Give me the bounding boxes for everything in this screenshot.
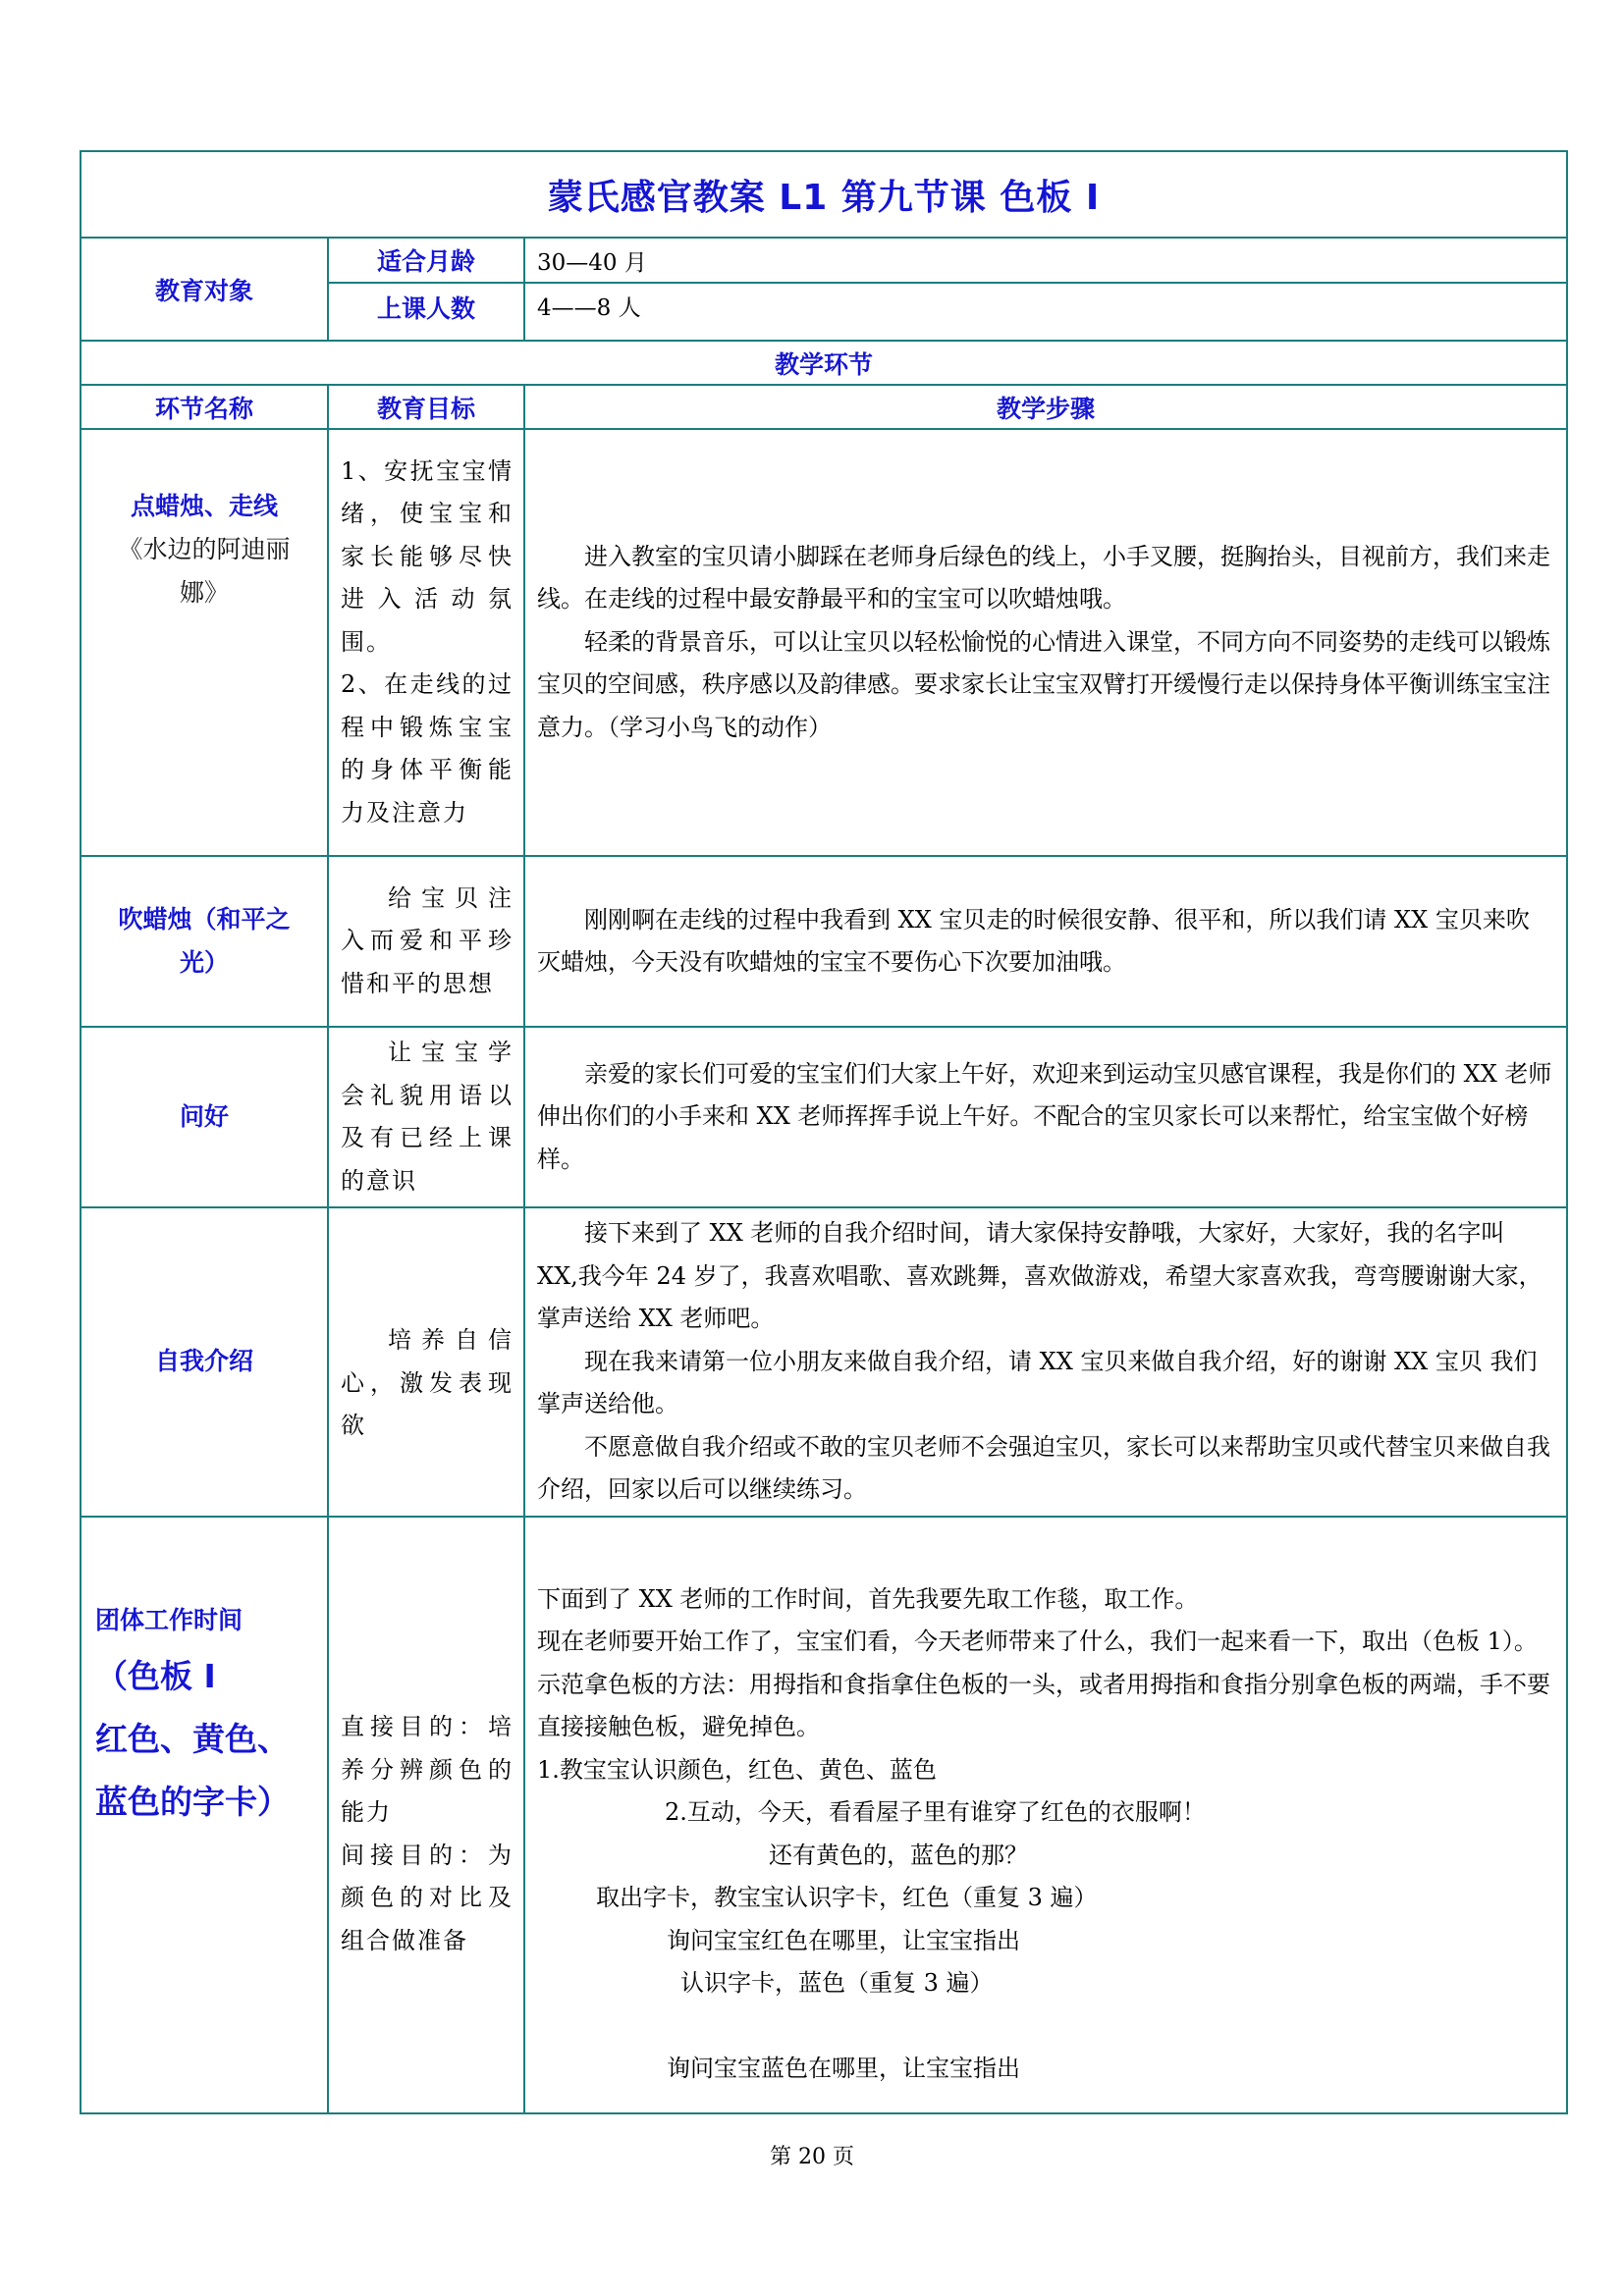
- step-paragraph: 现在我来请第一位小朋友来做自我介绍，请 XX 宝贝来做自我介绍，好的谢谢 XX …: [537, 1341, 1552, 1426]
- table-row: 点蜡烛、走线 《水边的阿迪丽娜》 1、安抚宝宝情绪，使宝宝和家长能够尽快进入活动…: [81, 429, 1567, 856]
- goal-text: 给宝贝注入而爱和平珍惜和平的思想: [341, 878, 514, 1006]
- age-label: 适合月龄: [328, 238, 524, 283]
- step-paragraph: 不愿意做自我介绍或不敢的宝贝老师不会强迫宝贝，家长可以来帮助宝贝或代替宝贝来做自…: [537, 1426, 1552, 1512]
- lesson-plan-table: 蒙氏感官教案 L1 第九节课 色板 I 教育对象 适合月龄 30—40 月 上课…: [80, 150, 1568, 2114]
- column-header-name: 环节名称: [81, 385, 328, 429]
- step-paragraph: 示范拿色板的方法：用拇指和食指拿住色板的一头，或者用拇指和食指分别拿色板的两端，…: [537, 1664, 1552, 1749]
- goal-cell: 1、安抚宝宝情绪，使宝宝和家长能够尽快进入活动氛围。 2、在走线的过程中锻炼宝宝…: [328, 429, 524, 856]
- step-paragraph: 下面到了 XX 老师的工作时间，首先我要先取工作毯，取工作。: [537, 1578, 1552, 1622]
- steps-cell: 接下来到了 XX 老师的自我介绍时间，请大家保持安静哦，大家好，大家好，我的名字…: [524, 1207, 1567, 1517]
- goal-text: 让宝宝学会礼貌用语以及有已经上课的意识: [341, 1032, 514, 1202]
- stage-material: 蓝色的字卡）: [95, 1771, 319, 1834]
- steps-cell: 亲爱的家长们可爱的宝宝们们大家上午好，欢迎来到运动宝贝感官课程，我是你们的 XX…: [524, 1027, 1567, 1207]
- step-paragraph: 现在老师要开始工作了，宝宝们看，今天老师带来了什么，我们一起来看一下，取出（色板…: [537, 1621, 1552, 1664]
- column-header-steps: 教学步骤: [524, 385, 1567, 429]
- stage-name: 问好: [180, 1102, 229, 1131]
- step-paragraph: 询问宝宝红色在哪里，让宝宝指出: [537, 1920, 1552, 1963]
- step-paragraph: 接下来到了 XX 老师的自我介绍时间，请大家保持安静哦，大家好，大家好，我的名字…: [537, 1212, 1552, 1341]
- steps-cell: 进入教室的宝贝请小脚踩在老师身后绿色的线上，小手叉腰，挺胸抬头，目视前方，我们来…: [524, 429, 1567, 856]
- stage-name-cell: 问好: [81, 1027, 328, 1207]
- stage-name-cell: 吹蜡烛（和平之光）: [81, 856, 328, 1027]
- stage-song-line: 娜》: [180, 578, 229, 607]
- document-page: 蒙氏感官教案 L1 第九节课 色板 I 教育对象 适合月龄 30—40 月 上课…: [0, 0, 1624, 2296]
- page-number: 第 20 页: [0, 2140, 1624, 2170]
- step-paragraph: 2.互动，今天，看看屋子里有谁穿了红色的衣服啊！: [537, 1791, 1552, 1835]
- goal-cell: 给宝贝注入而爱和平珍惜和平的思想: [328, 856, 524, 1027]
- steps-cell: 下面到了 XX 老师的工作时间，首先我要先取工作毯，取工作。 现在老师要开始工作…: [524, 1517, 1567, 2113]
- document-title: 蒙氏感官教案 L1 第九节课 色板 I: [81, 151, 1567, 238]
- stage-name: 吹蜡烛（和平之: [118, 905, 290, 934]
- step-paragraph: 轻柔的背景音乐，可以让宝贝以轻松愉悦的心情进入课堂，不同方向不同姿势的走线可以锻…: [537, 621, 1552, 750]
- title-row: 蒙氏感官教案 L1 第九节课 色板 I: [81, 151, 1567, 238]
- age-value: 30—40 月: [524, 238, 1567, 283]
- stage-name: 点蜡烛、走线: [89, 485, 319, 528]
- step-paragraph: 亲爱的家长们可爱的宝宝们们大家上午好，欢迎来到运动宝贝感官课程，我是你们的 XX…: [537, 1053, 1552, 1182]
- stage-name: 自我介绍: [155, 1347, 253, 1375]
- goal-cell: 让宝宝学会礼貌用语以及有已经上课的意识: [328, 1027, 524, 1207]
- goal-cell: 直接目的：培养分辨颜色的能力 间接目的：为颜色的对比及组合做准备: [328, 1517, 524, 2113]
- step-paragraph: 取出字卡，教宝宝认识字卡，红色（重复 3 遍）: [537, 1877, 1552, 1920]
- stage-material: 红色、黄色、: [95, 1708, 319, 1771]
- stage-name: 光）: [180, 948, 229, 977]
- steps-cell: 刚刚啊在走线的过程中我看到 XX 宝贝走的时候很安静、很平和，所以我们请 XX …: [524, 856, 1567, 1027]
- table-row: 问好 让宝宝学会礼貌用语以及有已经上课的意识 亲爱的家长们可爱的宝宝们们大家上午…: [81, 1027, 1567, 1207]
- target-row-age: 教育对象 适合月龄 30—40 月: [81, 238, 1567, 283]
- table-row: 团体工作时间 （色板 I 红色、黄色、 蓝色的字卡） 直接目的：培养分辨颜色的能…: [81, 1517, 1567, 2113]
- goal-text: 2、在走线的过程中锻炼宝宝的身体平衡能力及注意力: [341, 664, 514, 834]
- goal-text: 培养自信心，激发表现欲: [341, 1319, 514, 1448]
- column-header-row: 环节名称 教育目标 教学步骤: [81, 385, 1567, 429]
- stage-name: 团体工作时间: [95, 1596, 319, 1645]
- count-label: 上课人数: [328, 283, 524, 341]
- goal-text: 1、安抚宝宝情绪，使宝宝和家长能够尽快进入活动氛围。: [341, 451, 514, 665]
- step-paragraph: 认识字卡，蓝色（重复 3 遍）: [537, 1962, 1552, 2005]
- stage-name-cell: 点蜡烛、走线 《水边的阿迪丽娜》: [81, 429, 328, 856]
- step-paragraph: 1.教宝宝认识颜色，红色、黄色、蓝色: [537, 1749, 1552, 1792]
- section-title: 教学环节: [81, 341, 1567, 385]
- goal-text: 间接目的：为颜色的对比及组合做准备: [341, 1835, 514, 1963]
- count-value: 4——8 人: [524, 283, 1567, 341]
- step-paragraph: 刚刚啊在走线的过程中我看到 XX 宝贝走的时候很安静、很平和，所以我们请 XX …: [537, 899, 1552, 985]
- table-row: 吹蜡烛（和平之光） 给宝贝注入而爱和平珍惜和平的思想 刚刚啊在走线的过程中我看到…: [81, 856, 1567, 1027]
- stage-song: 《水边的阿迪丽娜》: [89, 528, 319, 614]
- step-spacer: [537, 2005, 1552, 2049]
- target-label: 教育对象: [81, 238, 328, 341]
- step-paragraph: 进入教室的宝贝请小脚踩在老师身后绿色的线上，小手叉腰，挺胸抬头，目视前方，我们来…: [537, 536, 1552, 621]
- step-paragraph: 还有黄色的，蓝色的那？: [537, 1835, 1552, 1878]
- goal-cell: 培养自信心，激发表现欲: [328, 1207, 524, 1517]
- stage-name-cell: 自我介绍: [81, 1207, 328, 1517]
- stage-song-line: 《水边的阿迪丽: [118, 535, 290, 563]
- goal-text: 直接目的：培养分辨颜色的能力: [341, 1706, 514, 1835]
- stage-name-cell: 团体工作时间 （色板 I 红色、黄色、 蓝色的字卡）: [81, 1517, 328, 2113]
- table-row: 自我介绍 培养自信心，激发表现欲 接下来到了 XX 老师的自我介绍时间，请大家保…: [81, 1207, 1567, 1517]
- step-paragraph: 询问宝宝蓝色在哪里，让宝宝指出: [537, 2048, 1552, 2091]
- column-header-goal: 教育目标: [328, 385, 524, 429]
- stage-material: （色板 I: [95, 1645, 319, 1708]
- section-row: 教学环节: [81, 341, 1567, 385]
